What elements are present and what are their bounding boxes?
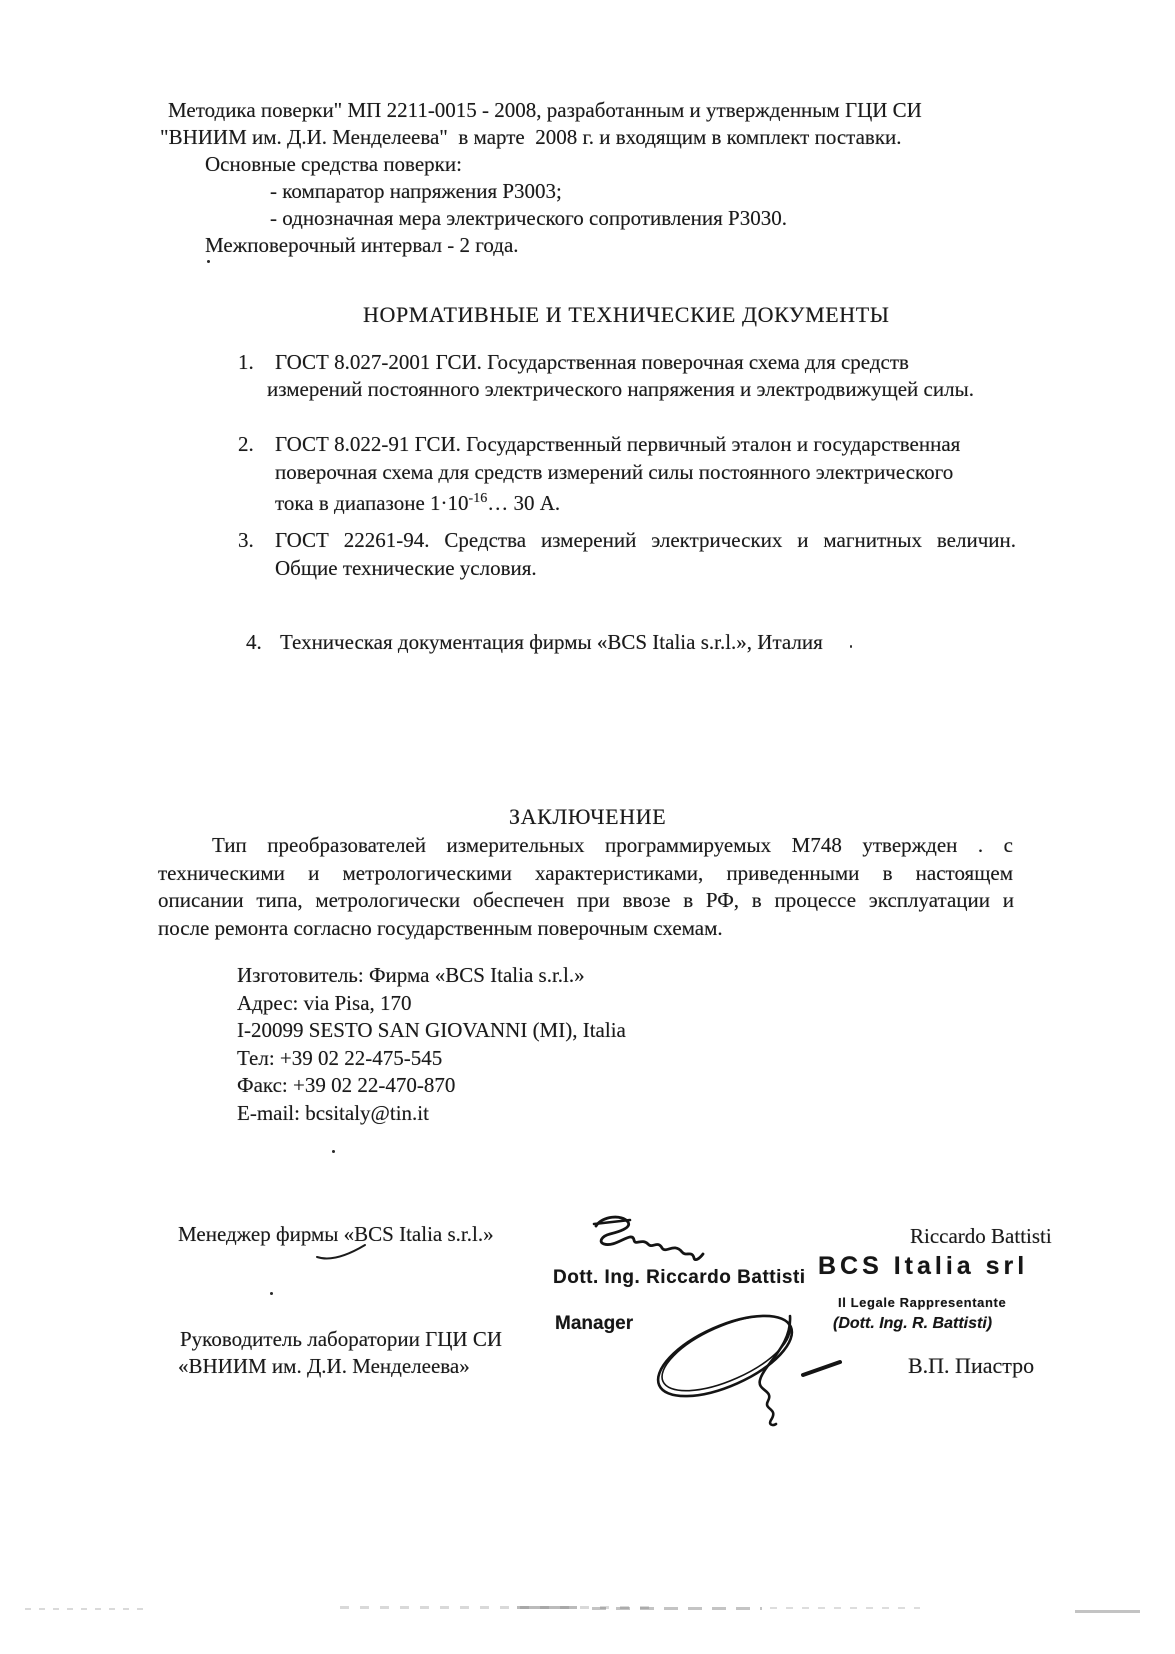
scan-speck — [207, 260, 210, 263]
conclusion-line-4: после ремонта согласно государственным п… — [158, 916, 723, 940]
intro-line-2: "ВНИИМ им. Д.И. Менделеева" в марте 2008… — [160, 125, 902, 149]
list-item-text: измерений постоянного электрического нап… — [267, 377, 974, 401]
conclusion-line-1: Тип преобразователей измерительных прогр… — [212, 833, 1013, 857]
list-item-text: Общие технические условия. — [275, 556, 537, 580]
battisti-signature-mark — [588, 1212, 718, 1270]
list-item-number: 2. — [238, 432, 254, 456]
scan-artifact-line — [1075, 1610, 1140, 1613]
list-item-text: ГОСТ 22261-94. Средства измерений электр… — [275, 528, 1016, 552]
stamp-manager-label: Manager — [555, 1312, 633, 1336]
conclusion-line-2: техническими и метрологическими характер… — [158, 861, 1013, 885]
intro-line-4: - компаратор напряжения Р3003; — [270, 179, 562, 203]
pen-flourish-mark — [315, 1242, 370, 1262]
list-item-number: 3. — [238, 528, 254, 552]
normative-section-title: НОРМАТИВНЫЕ И ТЕХНИЧЕСКИЕ ДОКУМЕНТЫ — [363, 303, 890, 327]
scan-speck — [850, 645, 852, 648]
manufacturer-city-line: I-20099 SESTO SAN GIOVANNI (MI), Italia — [237, 1018, 626, 1042]
scan-artifact-line — [592, 1607, 762, 1610]
head-title-line-1: Руководитель лаборатории ГЦИ СИ — [180, 1327, 502, 1351]
manufacturer-address-line: Адрес: via Pisa, 170 — [237, 991, 412, 1015]
list-item-text: ГОСТ 8.022-91 ГСИ. Государственный перви… — [275, 432, 960, 456]
list-item-number: 4. — [246, 630, 262, 654]
scan-speck — [270, 1292, 273, 1295]
manufacturer-line: Изготовитель: Фирма «BCS Italia s.r.l.» — [237, 963, 585, 987]
list-item-text-with-superscript: тока в диапазоне 1·10-16… 30 А. — [275, 487, 560, 515]
intro-line-5: - однозначная мера электрического сопрот… — [270, 206, 787, 230]
conclusion-line-3: описании типа, метрологически обеспечен … — [158, 888, 1014, 912]
intro-line-3: Основные средства поверки: — [205, 152, 462, 176]
scan-artifact-line — [770, 1607, 920, 1609]
stamp-person-name: Dott. Ing. Riccardo Battisti — [553, 1266, 806, 1290]
manager-name: Riccardo Battisti — [910, 1224, 1052, 1248]
stamp-signature-caption: (Dott. Ing. R. Battisti) — [833, 1312, 992, 1336]
list-item-text: Техническая документация фирмы «BCS Ital… — [280, 630, 823, 654]
scanned-document-page: Методика поверки" МП 2211-0015 - 2008, р… — [0, 0, 1175, 1654]
range-pre: тока в диапазоне 1·10 — [275, 491, 469, 515]
list-item-number: 1. — [238, 350, 254, 374]
head-name: В.П. Пиастро — [908, 1354, 1034, 1378]
list-item-text: поверочная схема для средств измерений с… — [275, 460, 953, 484]
stamp-company-name: BCS Italia srl — [818, 1254, 1028, 1278]
range-superscript: -16 — [469, 491, 488, 506]
manufacturer-email-line: E-mail: bcsitaly@tin.it — [237, 1101, 429, 1125]
scan-speck — [332, 1150, 335, 1153]
conclusion-title: ЗАКЛЮЧЕНИЕ — [509, 805, 666, 829]
head-title-line-2: «ВНИИМ им. Д.И. Менделеева» — [178, 1354, 470, 1378]
range-post: … 30 А. — [487, 491, 560, 515]
list-item-text: ГОСТ 8.027-2001 ГСИ. Государственная пов… — [275, 350, 909, 374]
manufacturer-fax-line: Факс: +39 02 22-470-870 — [237, 1073, 455, 1097]
manufacturer-phone-line: Тел: +39 02 22-475-545 — [237, 1046, 442, 1070]
intro-line-1: Методика поверки" МП 2211-0015 - 2008, р… — [168, 98, 922, 122]
scan-artifact-line — [25, 1608, 145, 1610]
piastro-signature-mark — [640, 1298, 850, 1433]
scan-artifact-line — [517, 1606, 577, 1609]
intro-line-6: Межповерочный интервал - 2 года. — [205, 233, 519, 257]
